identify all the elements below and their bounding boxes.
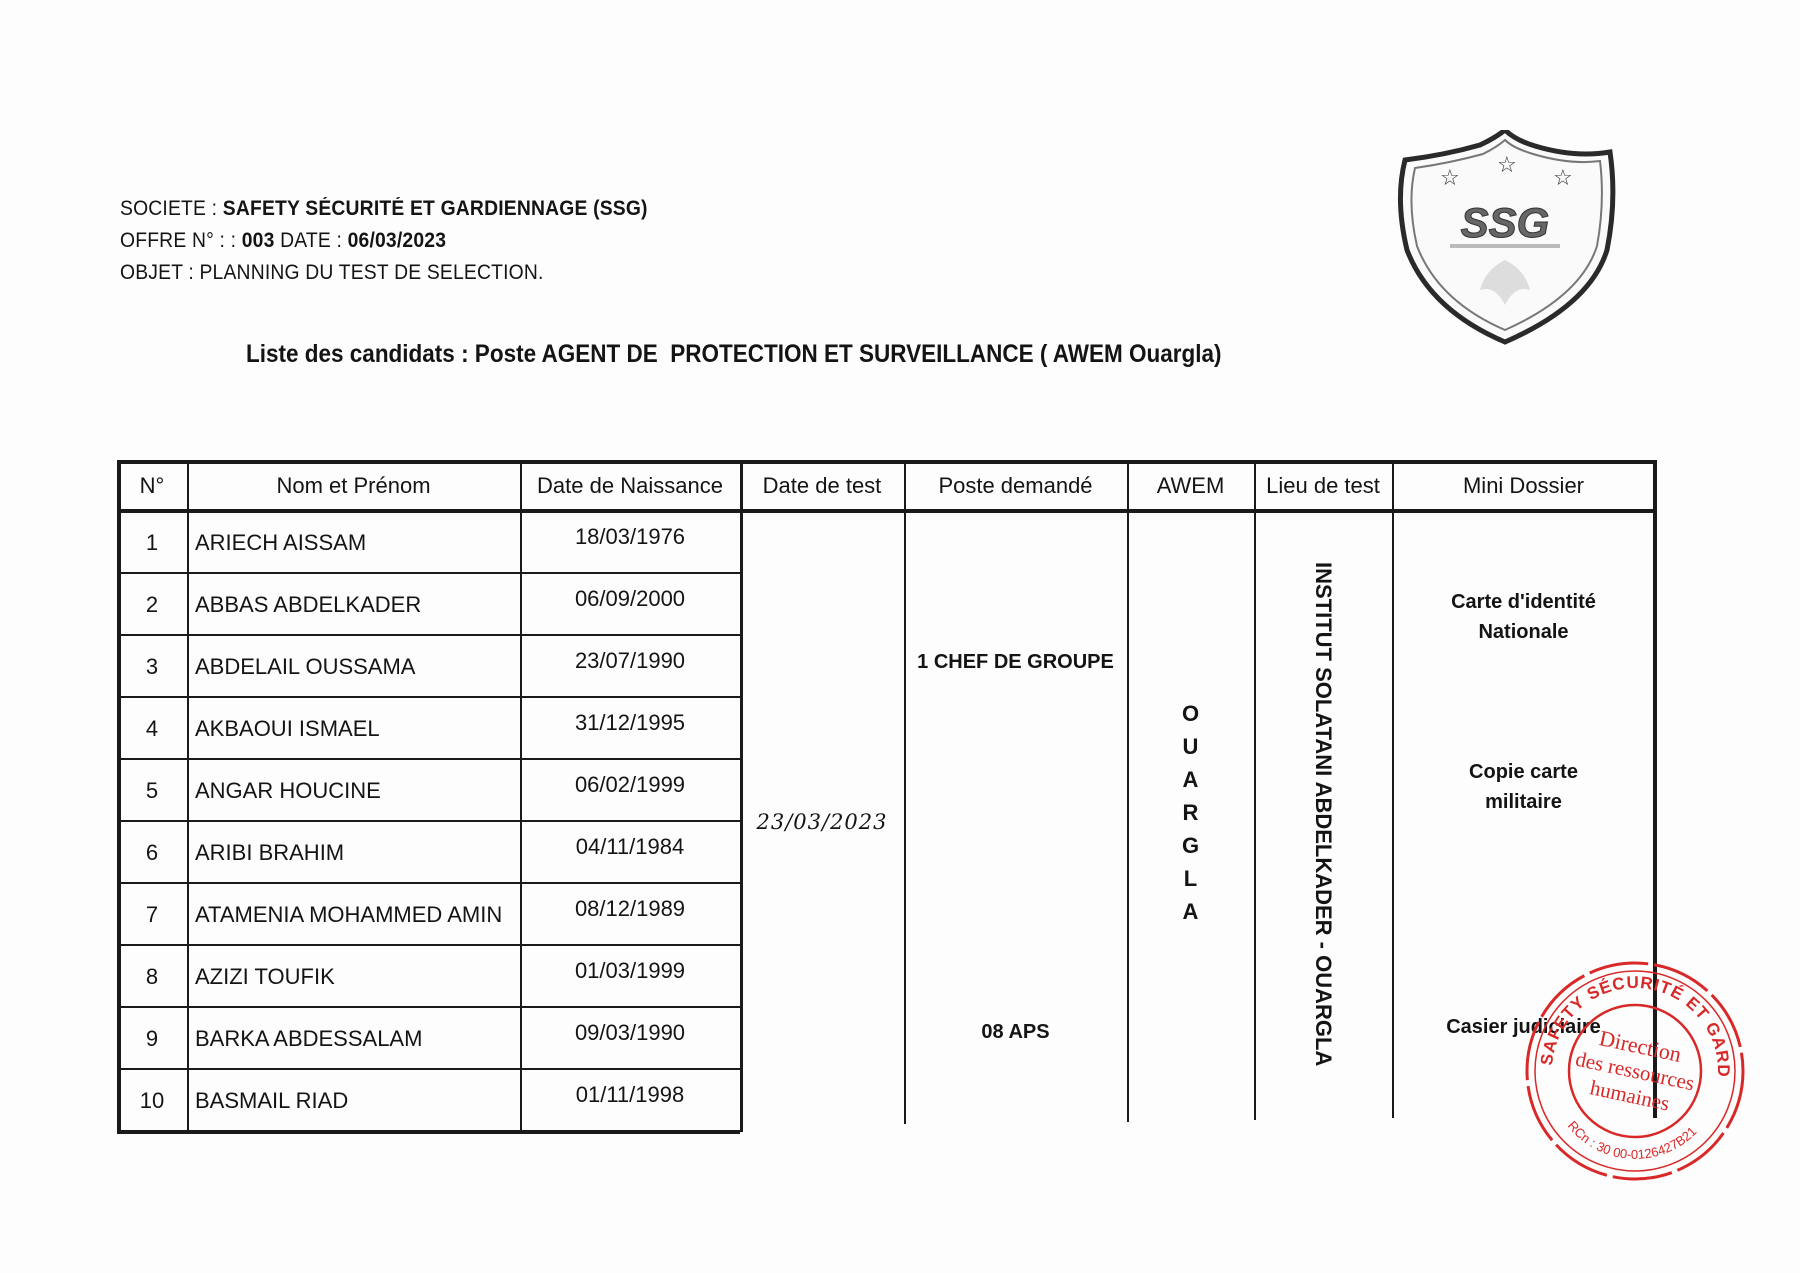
table-row: 7ATAMENIA MOHAMMED AMIN08/12/1989 <box>117 884 740 946</box>
table-rule <box>1254 460 1256 1120</box>
table-row: 5ANGAR HOUCINE06/02/1999 <box>117 760 740 822</box>
table-rule <box>117 1130 740 1134</box>
table-rule <box>117 758 740 760</box>
birth-date: 06/02/1999 <box>520 754 740 816</box>
table-rule <box>117 696 740 698</box>
table-rule <box>117 460 121 1134</box>
table-row: 9BARKA ABDESSALAM09/03/1990 <box>117 1008 740 1070</box>
table-rule <box>1392 460 1394 1118</box>
column-header: N° <box>117 460 187 512</box>
candidate-name: ATAMENIA MOHAMMED AMIN <box>187 884 520 946</box>
table-row: 10BASMAIL RIAD01/11/1998 <box>117 1070 740 1132</box>
column-header: AWEM <box>1127 460 1254 512</box>
page-title: Liste des candidats : Poste AGENT DE PRO… <box>246 340 1222 369</box>
birth-date: 18/03/1976 <box>520 506 740 568</box>
row-number: 9 <box>117 1008 187 1070</box>
candidate-name: AKBAOUI ISMAEL <box>187 698 520 760</box>
row-number: 3 <box>117 636 187 698</box>
candidate-name: BASMAIL RIAD <box>187 1070 520 1132</box>
svg-text:humaines: humaines <box>1588 1075 1672 1115</box>
table-rule <box>117 1068 740 1070</box>
birth-date: 01/11/1998 <box>520 1064 740 1126</box>
table-rule <box>117 820 740 822</box>
svg-text:RCn : 30 00-0126427B21: RCn : 30 00-0126427B21 <box>1565 1118 1700 1162</box>
column-header: Lieu de test <box>1254 460 1392 512</box>
svg-text:☆: ☆ <box>1440 166 1460 191</box>
company-name: SAFETY SÉCURITÉ ET GARDIENNAGE (SSG) <box>223 197 648 220</box>
table-rule <box>117 634 740 636</box>
mini-dossier-item: Carte d'identité Nationale <box>1392 582 1655 652</box>
svg-text:☆: ☆ <box>1497 153 1517 178</box>
offre-line: OFFRE N° : : 003 DATE : 06/03/2023 <box>120 225 648 257</box>
table-row: 8AZIZI TOUFIK01/03/1999 <box>117 946 740 1008</box>
table-row: 6ARIBI BRAHIM04/11/1984 <box>117 822 740 884</box>
svg-text:SSG: SSG <box>1461 199 1550 246</box>
svg-text:☆: ☆ <box>1553 166 1573 191</box>
table-rule <box>117 460 1655 464</box>
table-rule <box>117 509 1655 513</box>
table-rule <box>117 882 740 884</box>
row-number: 8 <box>117 946 187 1008</box>
table-rule <box>117 1006 740 1008</box>
table-rule <box>904 460 906 1124</box>
birth-date: 23/07/1990 <box>520 630 740 692</box>
test-date: 23/03/2023 <box>740 512 904 1132</box>
shield-logo-icon: ☆ ☆ ☆ SSG <box>1385 130 1625 345</box>
objet-line: OBJET : PLANNING DU TEST DE SELECTION. <box>120 257 648 289</box>
mini-dossier-item: Casier judiciaire <box>1392 992 1655 1062</box>
table-row: 1ARIECH AISSAM18/03/1976 <box>117 512 740 574</box>
awem-ouargla: OUARGLA <box>1171 697 1211 928</box>
candidate-name: ANGAR HOUCINE <box>187 760 520 822</box>
row-number: 4 <box>117 698 187 760</box>
row-number: 10 <box>117 1070 187 1132</box>
poste-chef-de-groupe: 1 CHEF DE GROUPE <box>904 642 1127 682</box>
candidate-name: ARIECH AISSAM <box>187 512 520 574</box>
table-rule <box>1653 460 1657 1118</box>
offer-date: 06/03/2023 <box>348 229 447 252</box>
table-rule <box>520 460 522 1132</box>
test-location: INSTITUT SOLATANI ABDELKADER - OUARGLA <box>1310 562 1336 1066</box>
table-rule <box>187 460 189 1132</box>
column-header: Nom et Prénom <box>187 460 520 512</box>
offer-number: 003 <box>242 229 275 252</box>
column-header: Poste demandé <box>904 460 1127 512</box>
candidate-name: ABDELAIL OUSSAMA <box>187 636 520 698</box>
column-header: Mini Dossier <box>1392 460 1655 512</box>
candidate-name: AZIZI TOUFIK <box>187 946 520 1008</box>
row-number: 6 <box>117 822 187 884</box>
birth-date: 31/12/1995 <box>520 692 740 754</box>
table-row: 2ABBAS ABDELKADER06/09/2000 <box>117 574 740 636</box>
birth-date: 09/03/1990 <box>520 1002 740 1064</box>
column-header: Date de Naissance <box>520 460 740 512</box>
table-rule <box>117 572 740 574</box>
birth-date: 01/03/1999 <box>520 940 740 1002</box>
poste-aps: 08 APS <box>904 1012 1127 1052</box>
column-header: Date de test <box>740 460 904 512</box>
birth-date: 08/12/1989 <box>520 878 740 940</box>
candidate-name: ARIBI BRAHIM <box>187 822 520 884</box>
table-row: 4AKBAOUI ISMAEL31/12/1995 <box>117 698 740 760</box>
row-number: 2 <box>117 574 187 636</box>
candidate-name: ABBAS ABDELKADER <box>187 574 520 636</box>
row-number: 5 <box>117 760 187 822</box>
mini-dossier-item: Copie carte militaire <box>1392 752 1655 822</box>
table-rule <box>117 944 740 946</box>
table-rule <box>1127 460 1129 1122</box>
row-number: 1 <box>117 512 187 574</box>
document-header: SOCIETE : SAFETY SÉCURITÉ ET GARDIENNAGE… <box>120 193 648 289</box>
birth-date: 06/09/2000 <box>520 568 740 630</box>
societe-line: SOCIETE : SAFETY SÉCURITÉ ET GARDIENNAGE… <box>120 193 648 225</box>
birth-date: 04/11/1984 <box>520 816 740 878</box>
row-number: 7 <box>117 884 187 946</box>
table-row: 3ABDELAIL OUSSAMA23/07/1990 <box>117 636 740 698</box>
table-rule <box>740 460 743 1132</box>
candidate-name: BARKA ABDESSALAM <box>187 1008 520 1070</box>
